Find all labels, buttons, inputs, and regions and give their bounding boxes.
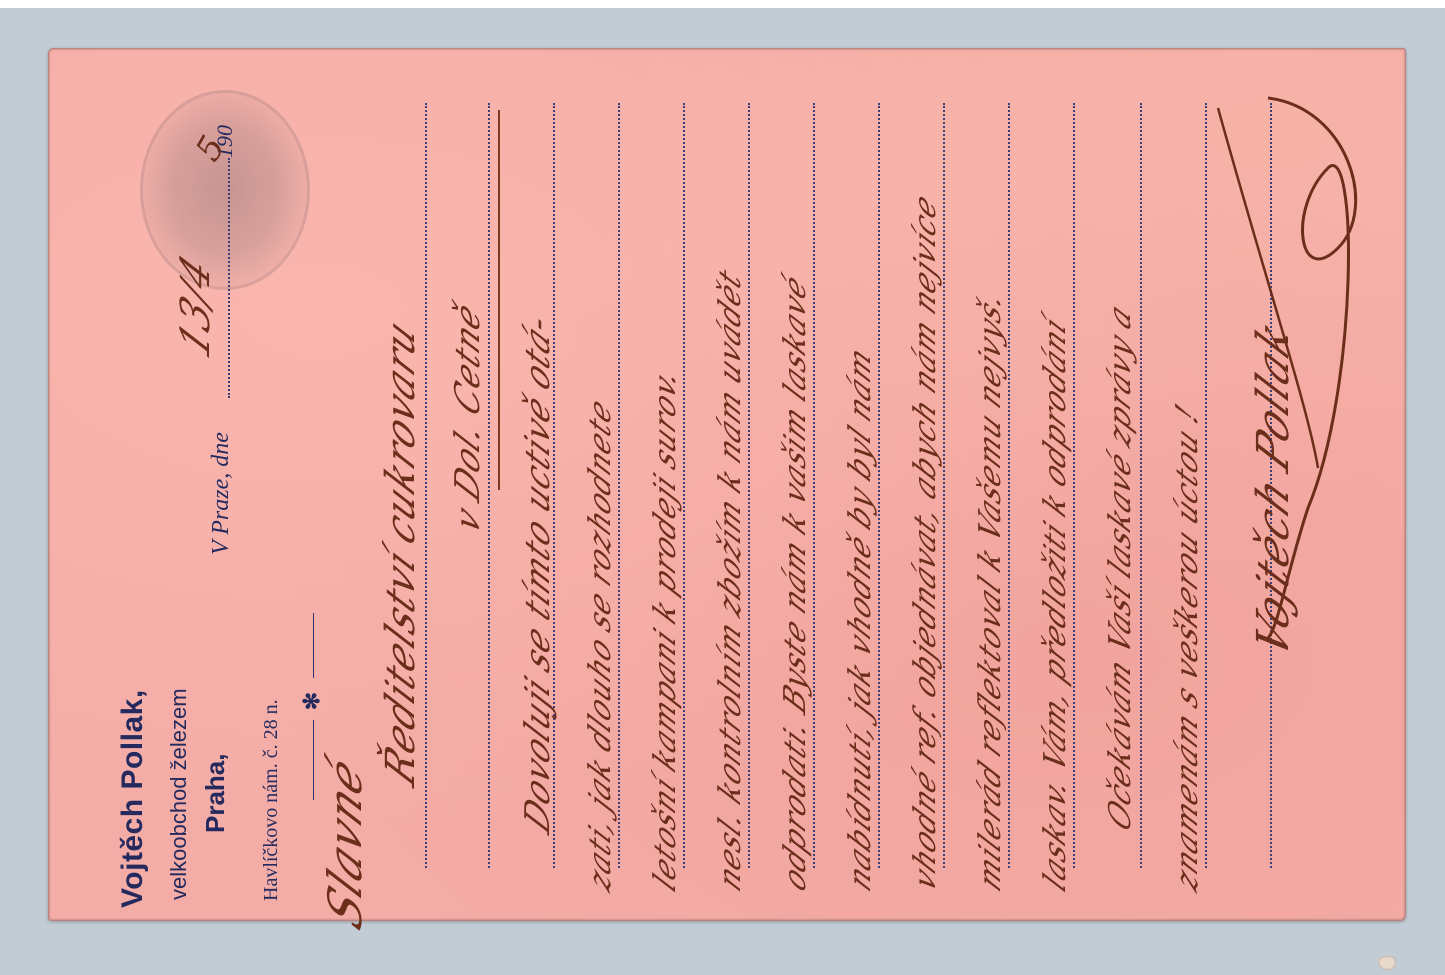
recipient-line-1: Ředitelství cukrovaru bbox=[378, 311, 424, 795]
postcard: Vojtěch Pollak, velkoobchod železem Prah… bbox=[48, 48, 1406, 921]
body-line-6: nabídnutí, jak vhodně by byl nám bbox=[843, 340, 878, 898]
body-line-7: vhodné ref. objednávat, abych nám nejvíc… bbox=[908, 187, 943, 899]
card-corner-wear bbox=[1378, 956, 1396, 970]
body-line-5: odprodati. Byste nám k vašim laskavé bbox=[778, 267, 813, 898]
body-line-10: Očekávám Vaší laskavé zprávy a bbox=[1103, 297, 1138, 838]
writing-line-7 bbox=[813, 103, 815, 868]
sender-trade: velkoobchod železem bbox=[166, 688, 192, 900]
signature-flourish bbox=[1208, 88, 1388, 648]
underline-recipient bbox=[498, 110, 500, 490]
postmark-stamp bbox=[140, 90, 310, 290]
writing-line-10 bbox=[1008, 103, 1010, 868]
recipient-line-2: v Dol. Cetně bbox=[448, 294, 488, 541]
writing-line-1 bbox=[425, 103, 427, 868]
body-line-8: milerád reflektoval k Vašemu nejvyš. bbox=[973, 283, 1008, 899]
salutation: Slavné bbox=[318, 746, 372, 940]
writing-line-5 bbox=[683, 103, 685, 868]
writing-line-11 bbox=[1073, 103, 1075, 868]
writing-line-6 bbox=[748, 103, 750, 868]
sender-name: Vojtěch Pollak, bbox=[116, 689, 150, 908]
writing-line-4 bbox=[618, 103, 620, 868]
writing-line-8 bbox=[878, 103, 880, 868]
sender-city: Praha, bbox=[200, 754, 231, 834]
writing-line-13 bbox=[1205, 103, 1207, 868]
body-line-4: nesl. kontrolním zbožím k nám uvádět bbox=[713, 262, 748, 898]
closing-line: znamenám s veškerou úctou ! bbox=[1170, 397, 1205, 898]
date-dotted-line bbox=[228, 158, 230, 398]
writing-line-2 bbox=[488, 103, 490, 868]
scan-edge bbox=[0, 0, 1445, 8]
body-line-1: Dovoluji se tímto uctivě otá- bbox=[518, 305, 558, 841]
body-line-3: letošní kampani k prodeji surov. bbox=[648, 360, 683, 898]
ornament-line-top bbox=[313, 613, 314, 678]
ornament-line-bottom bbox=[313, 720, 314, 800]
body-line-2: zati, jak dlouho se rozhodnete bbox=[583, 391, 618, 898]
body-line-9: laskav. Vám, předložiti k odprodání bbox=[1038, 310, 1073, 898]
writing-line-9 bbox=[943, 103, 945, 868]
place-date-label: V Praze, dne bbox=[208, 432, 235, 555]
ornament-star: ✻ bbox=[299, 692, 325, 710]
writing-line-12 bbox=[1140, 103, 1142, 868]
sender-address: Havlíčkovo nám. č. 28 n. bbox=[260, 699, 283, 901]
